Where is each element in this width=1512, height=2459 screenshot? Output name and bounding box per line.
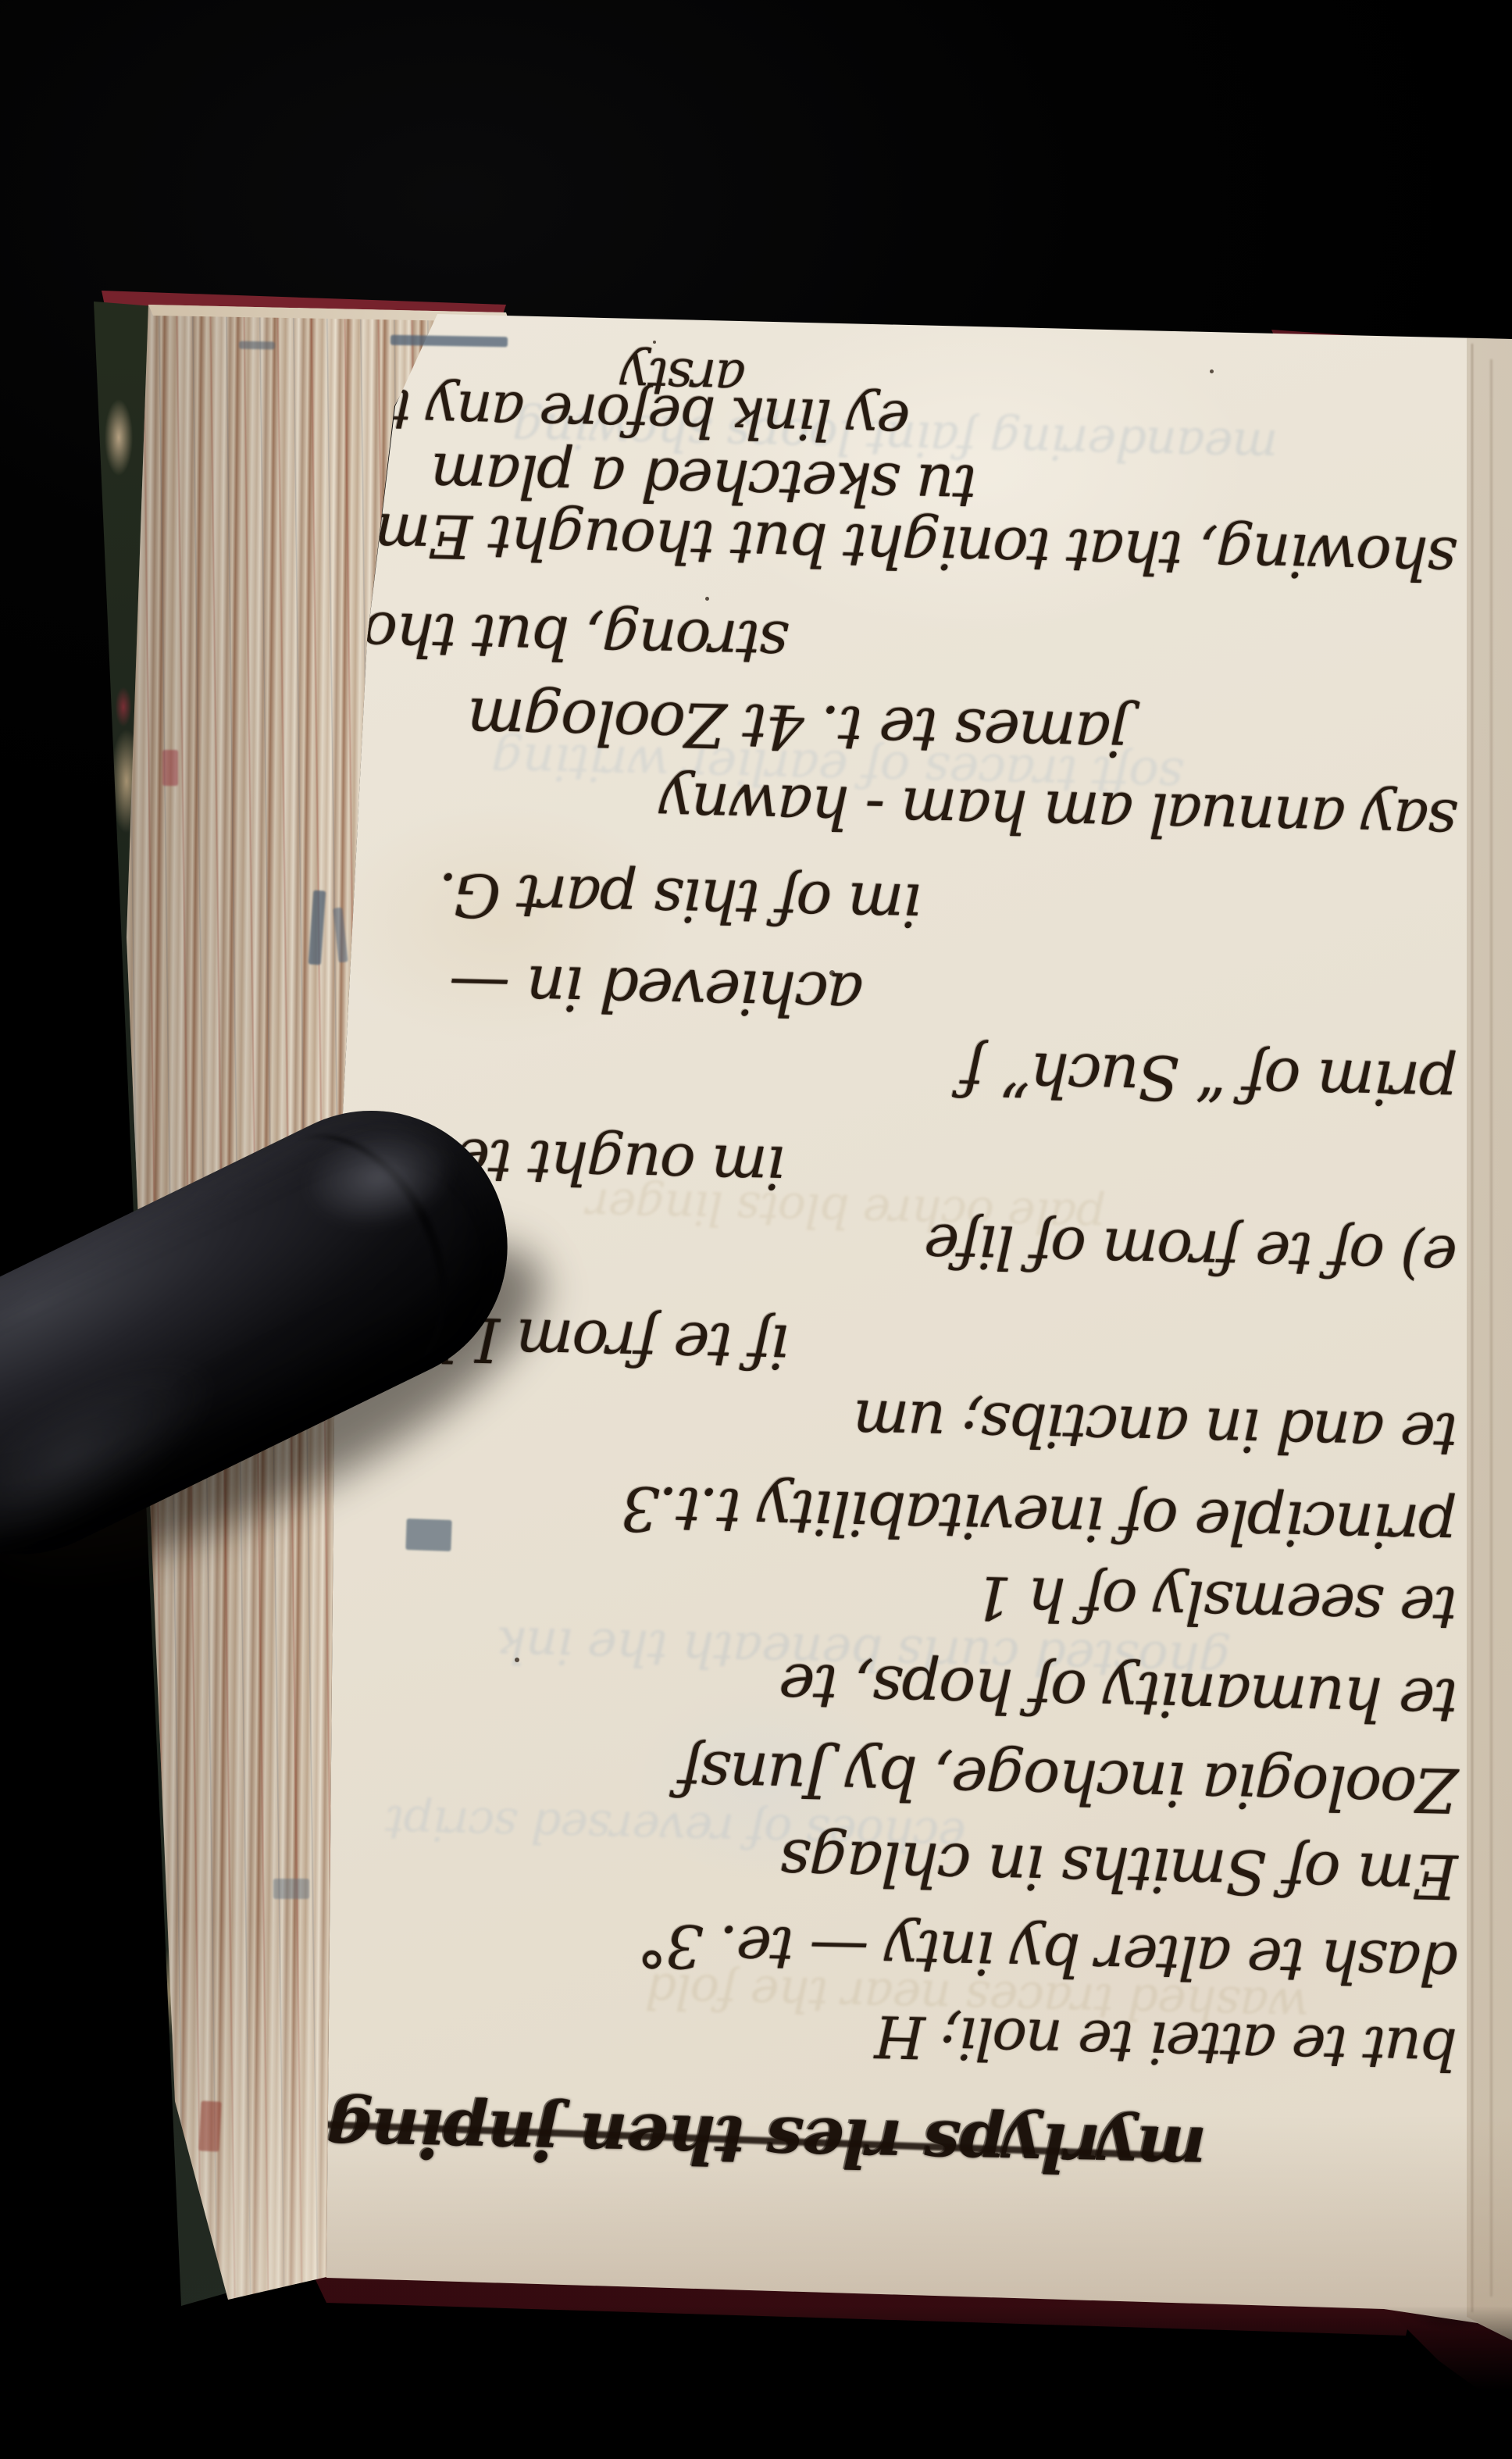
fore-edge-mark: [198, 2100, 221, 2151]
fore-edge-mark: [273, 1879, 309, 1899]
fore-edge-mark: [390, 335, 508, 348]
fore-edge-mark: [405, 1519, 451, 1551]
photo-of-open-notebook: meandering faint loops showingsoft trace…: [0, 0, 1512, 2459]
fore-edge-mark: [162, 750, 178, 786]
bottom-shadow-fade: [0, 2306, 1512, 2459]
fore-edge-mark: [239, 341, 275, 350]
fore-edge-mark: [308, 890, 326, 965]
fore-edge-mark: [333, 908, 348, 963]
